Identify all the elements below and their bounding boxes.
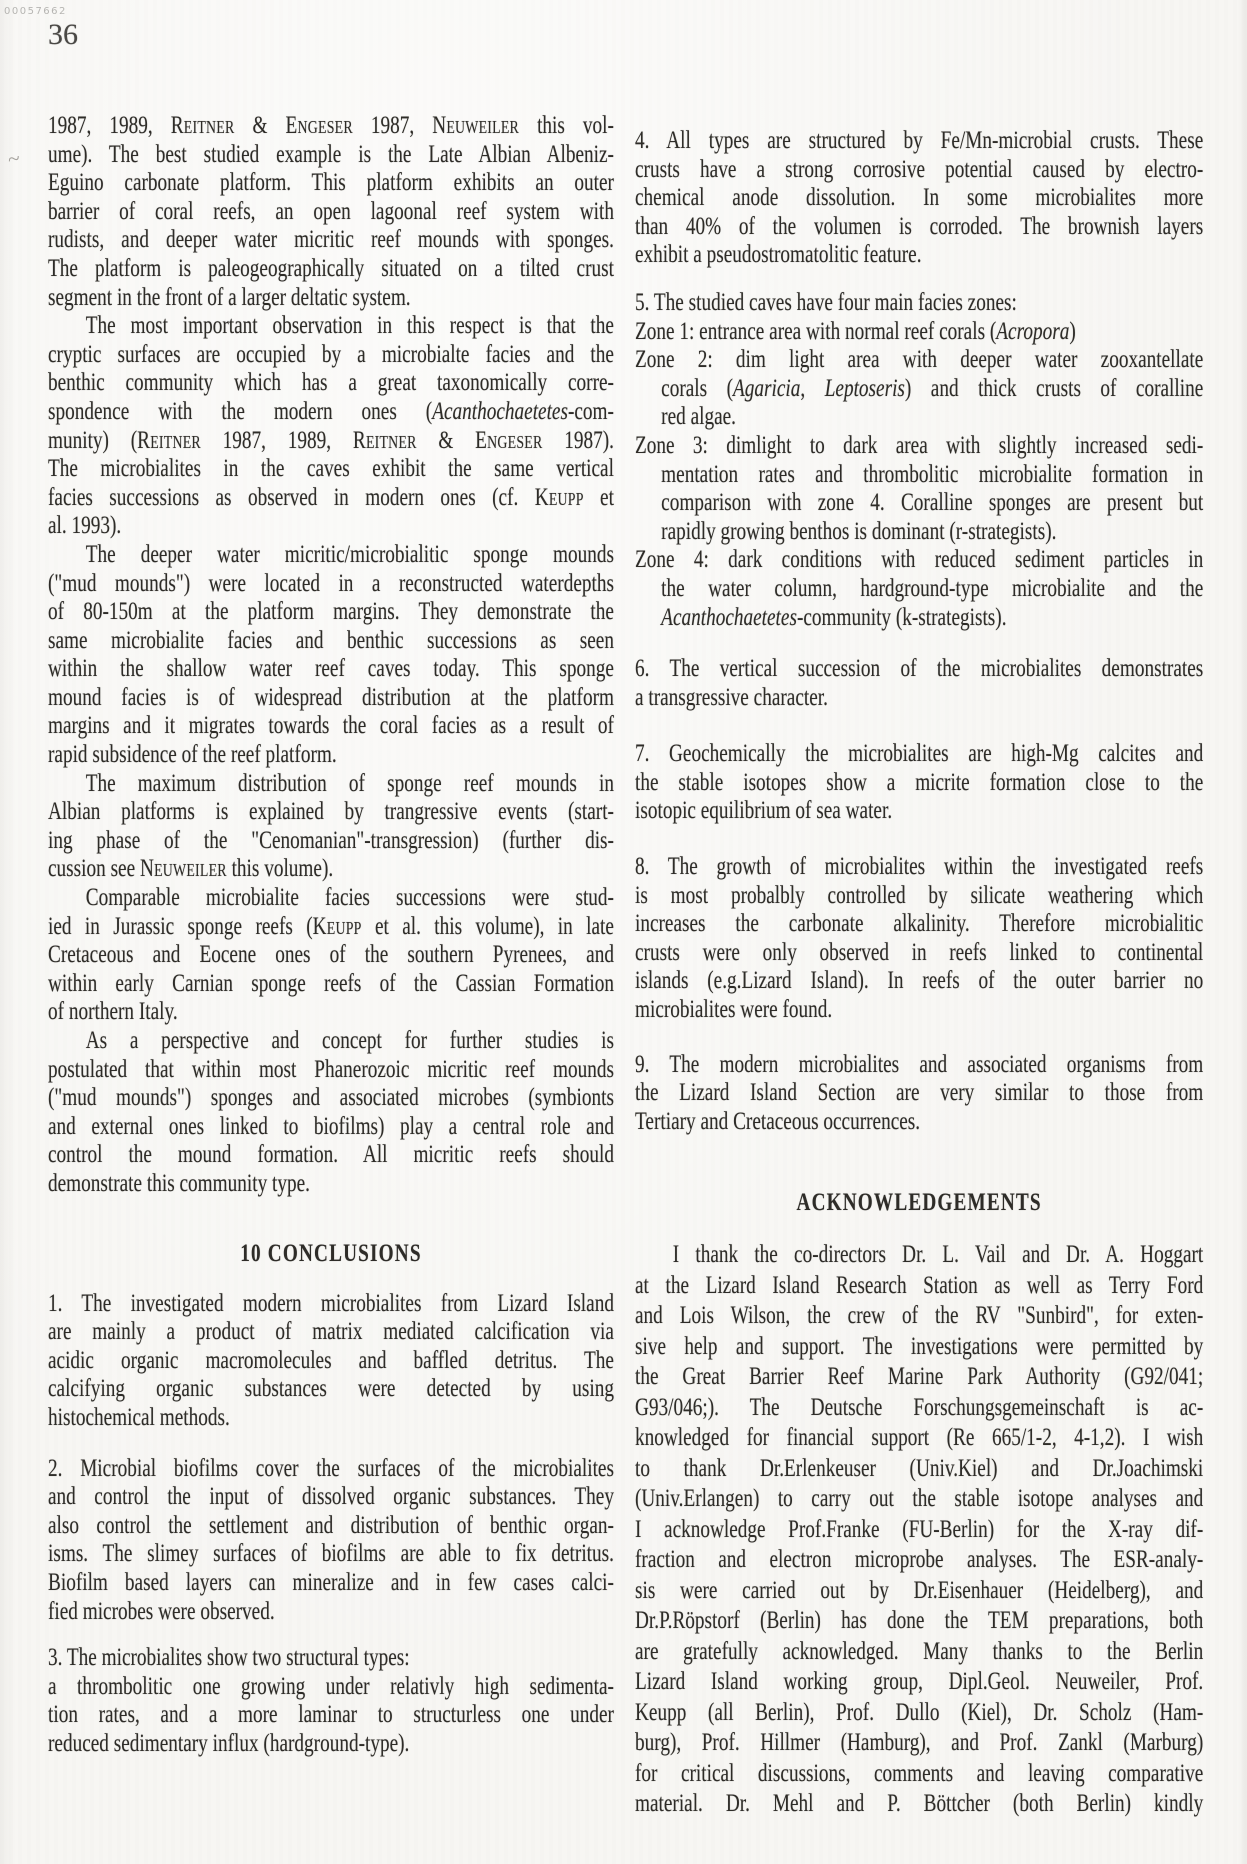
text-line: segment in the front of a larger deltati…	[48, 284, 614, 313]
paragraph: The deeper water micritic/microbialitic …	[48, 541, 614, 770]
text-line: and Lois Wilson, the crew of the RV "Sun…	[635, 1301, 1203, 1332]
text-line: comparison with zone 4. Coralline sponge…	[635, 489, 1203, 518]
text-line: chemical anode dissolution. In some micr…	[635, 184, 1203, 213]
text-line: of northern Italy.	[48, 998, 614, 1027]
text-line: fied microbes were observed.	[48, 1598, 614, 1627]
text-line: The most important observation in this r…	[48, 312, 614, 341]
text-line: demonstrate this community type.	[48, 1170, 614, 1199]
column-left-text: 1987, 1989, Reitner & Engeser 1987, Neuw…	[48, 112, 614, 1758]
text-line: 2. Microbial biofilms cover the surfaces…	[48, 1455, 614, 1484]
paragraph: 5. The studied caves have four main faci…	[635, 289, 1203, 318]
text-line: isotopic equilibrium of sea water.	[635, 797, 1203, 826]
text-line: 1987, 1989, Reitner & Engeser 1987, Neuw…	[48, 112, 614, 141]
text-line: cussion see Neuweiler this volume).	[48, 855, 614, 884]
text-line: The microbialites in the caves exhibit t…	[48, 455, 614, 484]
text-line: reduced sedimentary influx (hardground-t…	[48, 1730, 614, 1759]
paragraph: Zone 4: dark conditions with reduced sed…	[635, 546, 1203, 632]
text-line: The maximum distribution of sponge reef …	[48, 770, 614, 799]
text-line: are gratefully acknowledged. Many thanks…	[635, 1637, 1203, 1668]
text-line: tion rates, and a more laminar to struct…	[48, 1701, 614, 1730]
paragraph: The maximum distribution of sponge reef …	[48, 770, 614, 884]
text-line: 5. The studied caves have four main faci…	[635, 289, 1203, 318]
text-line: crusts have a strong corrosive potential…	[635, 156, 1203, 185]
section-heading: 10 CONCLUSIONS	[48, 1239, 614, 1269]
text-line: a thrombolitic one growing under relativ…	[48, 1673, 614, 1702]
text-line: barrier of coral reefs, an open lagoonal…	[48, 198, 614, 227]
text-line: As a perspective and concept for further…	[48, 1027, 614, 1056]
text-line: within the shallow water reef caves toda…	[48, 655, 614, 684]
paragraph: 2. Microbial biofilms cover the surfaces…	[48, 1455, 614, 1627]
text-line: mound facies is of widespread distributi…	[48, 684, 614, 713]
text-line: rudists, and deeper water micritic reef …	[48, 226, 614, 255]
text-line: cryptic surfaces are occupied by a micro…	[48, 341, 614, 370]
text-line: I thank the co-directors Dr. L. Vail and…	[635, 1240, 1203, 1271]
text-line: rapidly growing benthos is dominant (r-s…	[635, 518, 1203, 547]
text-line: Tertiary and Cretaceous occurrences.	[635, 1108, 1203, 1137]
text-line: of 80-150m at the platform margins. They…	[48, 598, 614, 627]
text-line: 7. Geochemically the microbialites are h…	[635, 740, 1203, 769]
text-line: burg), Prof. Hillmer (Hamburg), and Prof…	[635, 1728, 1203, 1759]
text-line: 6. The vertical succession of the microb…	[635, 655, 1203, 684]
paragraph: 8. The growth of microbialites within th…	[635, 853, 1203, 1025]
text-line: control the mound formation. All micriti…	[48, 1141, 614, 1170]
text-line: increases the carbonate alkalinity. Ther…	[635, 910, 1203, 939]
text-line: Dr.P.Röpstorf (Berlin) has done the TEM …	[635, 1606, 1203, 1637]
text-line: fraction and electron microprobe analyse…	[635, 1545, 1203, 1576]
text-line: the Great Barrier Reef Marine Park Autho…	[635, 1362, 1203, 1393]
scanned-paper-page: 00057662 36 ~ 1987, 1989, Reitner & Enge…	[0, 0, 1247, 1864]
text-line: 8. The growth of microbialites within th…	[635, 853, 1203, 882]
text-line: the stable isotopes show a micrite forma…	[635, 769, 1203, 798]
text-line: sive help and support. The investigation…	[635, 1332, 1203, 1363]
margin-pencil-mark: ~	[6, 145, 22, 173]
text-line: Keupp (all Berlin), Prof. Dullo (Kiel), …	[635, 1698, 1203, 1729]
column-right-text: 4. All types are structured by Fe/Mn-mic…	[635, 127, 1203, 1820]
paragraph: Zone 1: entrance area with normal reef c…	[635, 318, 1203, 347]
paragraph: Zone 2: dim light area with deeper water…	[635, 346, 1203, 432]
text-line: Zone 2: dim light area with deeper water…	[635, 346, 1203, 375]
text-line: crusts were only observed in reefs linke…	[635, 939, 1203, 968]
paragraph: 9. The modern microbialites and associat…	[635, 1051, 1203, 1137]
paragraph: 4. All types are structured by Fe/Mn-mic…	[635, 127, 1203, 270]
text-line: sis were carried out by Dr.Eisenhauer (H…	[635, 1576, 1203, 1607]
paragraph: 1987, 1989, Reitner & Engeser 1987, Neuw…	[48, 112, 614, 312]
text-line: to thank Dr.Erlenkeuser (Univ.Kiel) and …	[635, 1454, 1203, 1485]
text-line: Eguino carbonate platform. This platform…	[48, 169, 614, 198]
text-line: and control the input of dissolved organ…	[48, 1483, 614, 1512]
paragraph: a thrombolitic one growing under relativ…	[48, 1673, 614, 1759]
text-line: Comparable microbialite facies successio…	[48, 884, 614, 913]
text-line: ing phase of the "Cenomanian"-transgress…	[48, 827, 614, 856]
text-line: I acknowledge Prof.Franke (FU-Berlin) fo…	[635, 1515, 1203, 1546]
text-line: the water column, hardground-type microb…	[635, 575, 1203, 604]
text-line: also control the settlement and distribu…	[48, 1512, 614, 1541]
text-line: material. Dr. Mehl and P. Böttcher (both…	[635, 1789, 1203, 1820]
text-line: is most probalbly controlled by silicate…	[635, 882, 1203, 911]
text-line: benthic community which has a great taxo…	[48, 369, 614, 398]
text-line: islands (e.g.Lizard Island). In reefs of…	[635, 967, 1203, 996]
paragraph: The most important observation in this r…	[48, 312, 614, 541]
text-line: facies successions as observed in modern…	[48, 484, 614, 513]
scan-stamp-number: 00057662	[4, 6, 67, 17]
text-line: The deeper water micritic/microbialitic …	[48, 541, 614, 570]
text-line: munity) (Reitner 1987, 1989, Reitner & E…	[48, 427, 614, 456]
text-line: at the Lizard Island Research Station as…	[635, 1271, 1203, 1302]
text-line: G93/046;). The Deutsche Forschungsgemein…	[635, 1393, 1203, 1424]
column-left: 1987, 1989, Reitner & Engeser 1987, Neuw…	[48, 112, 614, 1758]
text-line: Acanthochaetetes-community (k-strategist…	[635, 604, 1203, 633]
text-line: the Lizard Island Section are very simil…	[635, 1079, 1203, 1108]
text-line: for critical discussions, comments and l…	[635, 1759, 1203, 1790]
text-line: ume). The best studied example is the La…	[48, 141, 614, 170]
paragraph: 7. Geochemically the microbialites are h…	[635, 740, 1203, 826]
section-heading: ACKNOWLEDGEMENTS	[635, 1188, 1203, 1218]
text-line: Cretaceous and Eocene ones of the southe…	[48, 941, 614, 970]
text-line: Zone 3: dimlight to dark area with sligh…	[635, 432, 1203, 461]
text-line: mentation rates and thrombolitic microbi…	[635, 461, 1203, 490]
text-line: corals (Agaricia, Leptoseris) and thick …	[635, 375, 1203, 404]
text-line: isms. The slimey surfaces of biofilms ar…	[48, 1540, 614, 1569]
text-line: al. 1993).	[48, 512, 614, 541]
text-line: Zone 1: entrance area with normal reef c…	[635, 318, 1203, 347]
paragraph: Comparable microbialite facies successio…	[48, 884, 614, 1027]
column-right: 4. All types are structured by Fe/Mn-mic…	[635, 127, 1203, 1820]
text-line: Albian platforms is explained by trangre…	[48, 798, 614, 827]
text-line: rapid subsidence of the reef platform.	[48, 741, 614, 770]
text-line: red algae.	[635, 403, 1203, 432]
paragraph: 6. The vertical succession of the microb…	[635, 655, 1203, 712]
text-line: than 40% of the volumen is corroded. The…	[635, 213, 1203, 242]
text-line: 9. The modern microbialites and associat…	[635, 1051, 1203, 1080]
text-line: microbialites were found.	[635, 996, 1203, 1025]
text-line: calcifying organic substances were detec…	[48, 1375, 614, 1404]
text-line: postulated that within most Phanerozoic …	[48, 1056, 614, 1085]
paragraph: 1. The investigated modern microbialites…	[48, 1290, 614, 1433]
text-line: spondence with the modern ones (Acanthoc…	[48, 398, 614, 427]
text-line: Zone 4: dark conditions with reduced sed…	[635, 546, 1203, 575]
text-line: a transgressive character.	[635, 684, 1203, 713]
text-line: 4. All types are structured by Fe/Mn-mic…	[635, 127, 1203, 156]
text-line: same microbialite facies and benthic suc…	[48, 627, 614, 656]
text-line: are mainly a product of matrix mediated …	[48, 1318, 614, 1347]
text-line: ("mud mounds") sponges and associated mi…	[48, 1084, 614, 1113]
text-line: ied in Jurassic sponge reefs (Keupp et a…	[48, 913, 614, 942]
text-line: acidic organic macromolecules and baffle…	[48, 1347, 614, 1376]
text-line: The platform is paleogeographically situ…	[48, 255, 614, 284]
text-line: 1. The investigated modern microbialites…	[48, 1290, 614, 1319]
text-line: 3. The microbialites show two structural…	[48, 1644, 614, 1673]
text-line: knowledged for financial support (Re 665…	[635, 1423, 1203, 1454]
paragraph: 3. The microbialites show two structural…	[48, 1644, 614, 1673]
text-line: ("mud mounds") were located in a reconst…	[48, 570, 614, 599]
paragraph: Zone 3: dimlight to dark area with sligh…	[635, 432, 1203, 546]
text-line: margins and it migrates towards the cora…	[48, 712, 614, 741]
text-line: exhibit a pseudostromatolitic feature.	[635, 241, 1203, 270]
text-line: (Univ.Erlangen) to carry out the stable …	[635, 1484, 1203, 1515]
text-line: histochemical methods.	[48, 1404, 614, 1433]
page-number: 36	[48, 20, 78, 50]
text-line: within early Carnian sponge reefs of the…	[48, 970, 614, 999]
text-line: Biofilm based layers can mineralize and …	[48, 1569, 614, 1598]
text-line: Lizard Island working group, Dipl.Geol. …	[635, 1667, 1203, 1698]
paragraph: I thank the co-directors Dr. L. Vail and…	[635, 1240, 1203, 1820]
text-line: and external ones linked to biofilms) pl…	[48, 1113, 614, 1142]
paragraph: As a perspective and concept for further…	[48, 1027, 614, 1199]
